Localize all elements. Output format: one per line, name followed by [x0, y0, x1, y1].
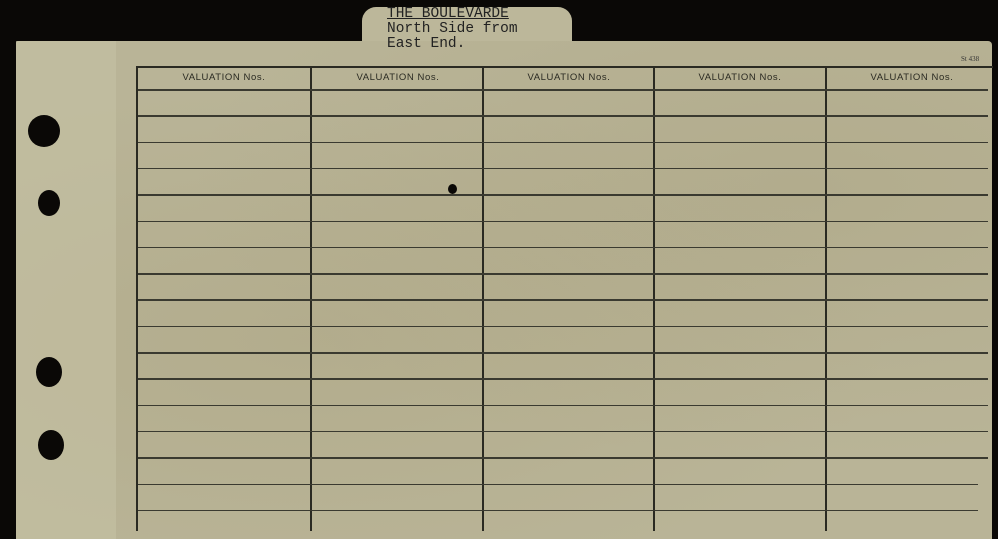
- row-rule: [138, 168, 988, 170]
- column-header-2: VALUATION Nos.: [312, 72, 484, 83]
- street-name: THE BOULEVARDE: [387, 7, 518, 22]
- end-description: East End.: [387, 37, 518, 52]
- row-rule: [138, 352, 988, 354]
- row-rule: [138, 89, 988, 91]
- table-top-rule: [136, 66, 993, 68]
- row-rule: [138, 273, 988, 275]
- row-rule: [138, 378, 988, 380]
- row-rule: [138, 326, 988, 328]
- binding-margin: [16, 41, 116, 539]
- row-rule: [138, 484, 978, 486]
- row-rule: [138, 115, 988, 117]
- side-description: North Side from: [387, 22, 518, 37]
- valuation-table: VALUATION Nos. VALUATION Nos. VALUATION …: [136, 66, 993, 531]
- row-rule: [138, 405, 988, 407]
- column-header-1: VALUATION Nos.: [138, 72, 310, 83]
- row-rule: [138, 431, 988, 433]
- binder-hole-1: [28, 115, 60, 147]
- binder-hole-4: [38, 430, 64, 460]
- column-header-4: VALUATION Nos.: [654, 72, 826, 83]
- row-rule: [138, 299, 988, 301]
- binder-hole-3: [36, 357, 62, 387]
- row-rule: [138, 142, 988, 144]
- form-number: St 438: [961, 55, 979, 63]
- tab-label: THE BOULEVARDE North Side from East End.: [387, 7, 518, 52]
- row-rule: [138, 247, 988, 249]
- row-rule: [138, 510, 978, 512]
- row-rule: [138, 194, 988, 196]
- binder-hole-2: [38, 190, 60, 216]
- row-rule: [138, 221, 988, 223]
- column-header-5: VALUATION Nos.: [826, 72, 998, 83]
- column-header-3: VALUATION Nos.: [483, 72, 655, 83]
- row-rule: [138, 457, 988, 459]
